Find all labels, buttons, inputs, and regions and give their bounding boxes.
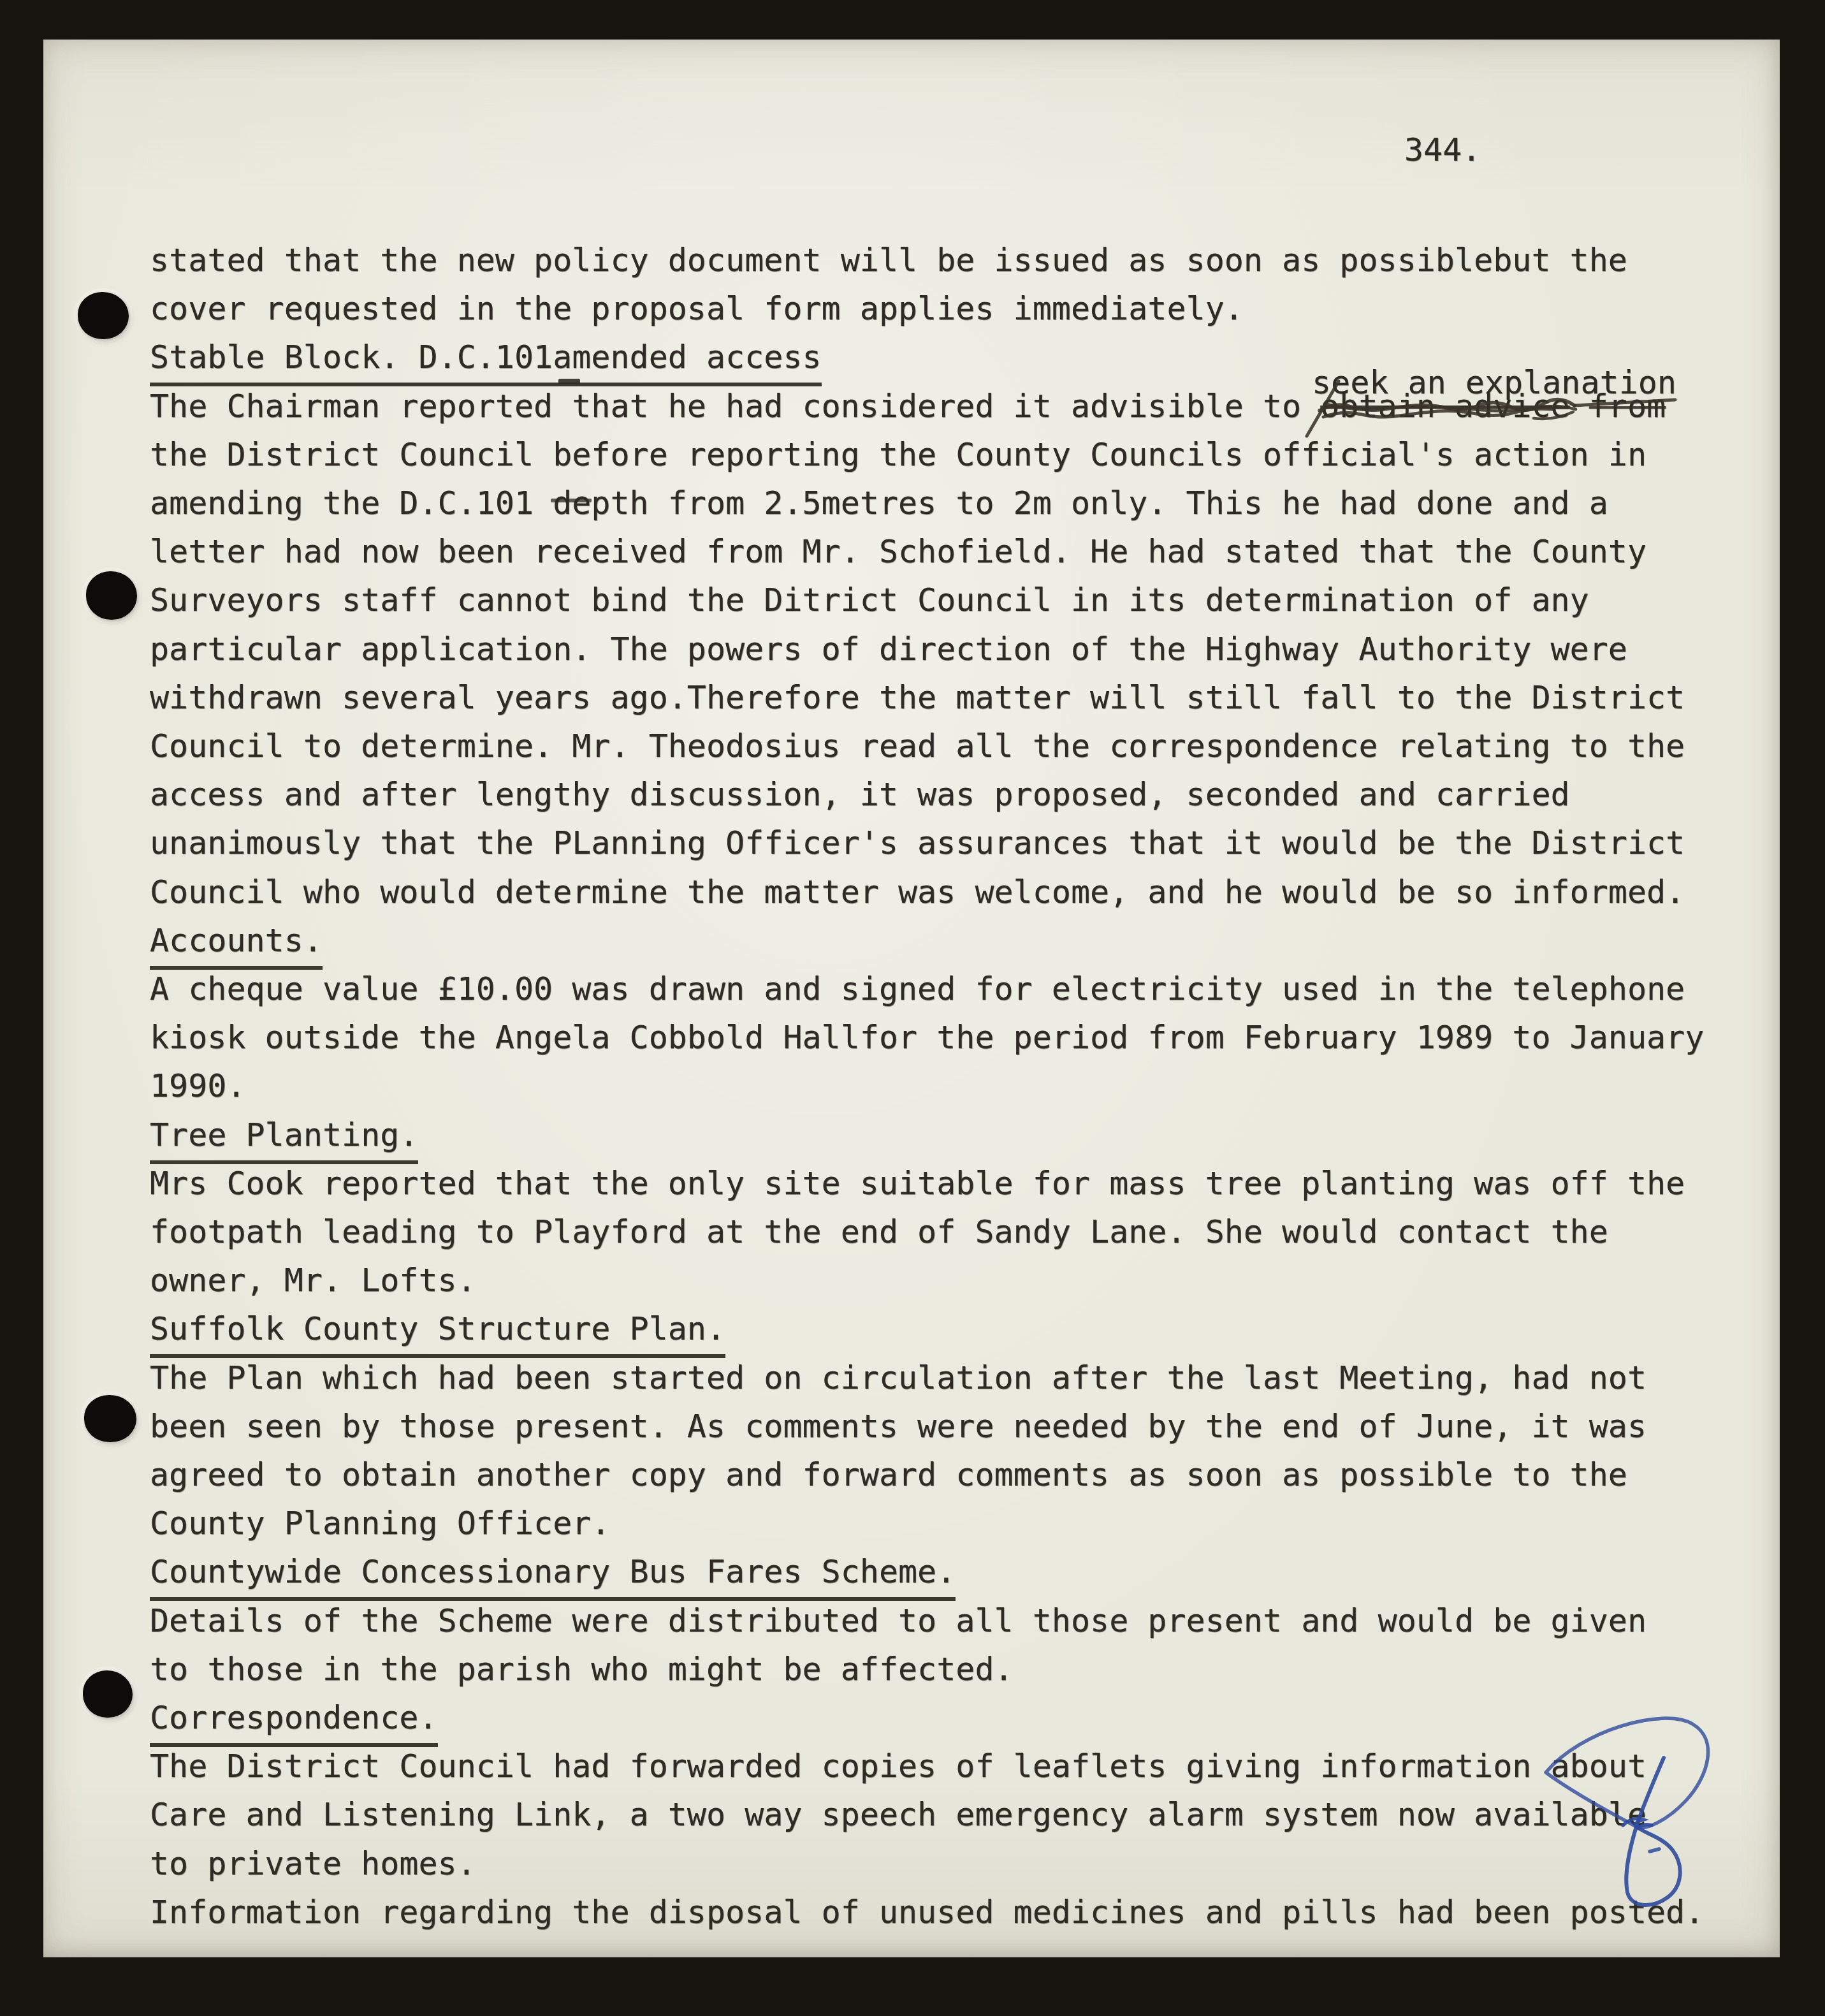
hole-punch bbox=[84, 1395, 136, 1442]
hole-punch bbox=[78, 292, 129, 339]
typed-line: withdrawn several years ago.Therefore th… bbox=[150, 673, 1685, 722]
section-heading: Accounts. bbox=[150, 916, 323, 970]
typed-line: Council who would determine the matter w… bbox=[150, 868, 1685, 916]
strikethrough-scribble bbox=[1294, 365, 1715, 454]
stray-dash-mark bbox=[558, 379, 580, 384]
typed-line: Mrs Cook reported that the only site sui… bbox=[150, 1159, 1685, 1208]
typed-line: owner, Mr. Lofts. bbox=[150, 1256, 476, 1304]
typed-line: A cheque value £10.00 was drawn and sign… bbox=[150, 965, 1685, 1013]
typed-line: kiosk outside the Angela Cobbold Hallfor… bbox=[150, 1013, 1704, 1062]
section-heading: Tree Planting. bbox=[150, 1111, 418, 1164]
typed-line: letter had now been received from Mr. Sc… bbox=[150, 527, 1647, 576]
section-heading: Stable Block. D.C.101amended access bbox=[150, 333, 822, 386]
scan-background: 344. stated that the new policy document… bbox=[0, 0, 1825, 2016]
typed-line: footpath leading to Playford at the end … bbox=[150, 1208, 1608, 1256]
typed-line: Council to determine. Mr. Theodosius rea… bbox=[150, 722, 1685, 770]
section-heading: Suffolk County Structure Plan. bbox=[150, 1304, 725, 1358]
typed-line: The District Council had forwarded copie… bbox=[150, 1742, 1647, 1790]
typed-line: Care and Listening Link, a two way speec… bbox=[150, 1790, 1647, 1839]
typed-line: access and after lengthy discussion, it … bbox=[150, 770, 1570, 819]
typed-line: agreed to obtain another copy and forwar… bbox=[150, 1450, 1627, 1499]
overstrike-mark bbox=[551, 499, 592, 502]
section-heading: Countywide Concessionary Bus Fares Schem… bbox=[150, 1547, 956, 1601]
typed-line: County Planning Officer. bbox=[150, 1499, 610, 1547]
hole-punch bbox=[83, 1670, 133, 1718]
typed-line: particular application. The powers of di… bbox=[150, 625, 1627, 673]
typed-line: to those in the parish who might be affe… bbox=[150, 1645, 1014, 1693]
typed-line: stated that the new policy document will… bbox=[150, 236, 1627, 284]
page-number: 344. bbox=[1404, 126, 1481, 174]
section-heading: Correspondence. bbox=[150, 1693, 438, 1747]
typed-line: The Plan which had been started on circu… bbox=[150, 1354, 1647, 1402]
typed-line: to private homes. bbox=[150, 1839, 476, 1888]
typed-line: 1990. bbox=[150, 1062, 246, 1110]
typed-line: Information regarding the disposal of un… bbox=[150, 1888, 1704, 1936]
typed-line: cover requested in the proposal form app… bbox=[150, 284, 1244, 333]
typed-line: been seen by those present. As comments … bbox=[150, 1402, 1647, 1450]
typed-line: Details of the Scheme were distributed t… bbox=[150, 1596, 1647, 1645]
typed-line: unanimously that the PLanning Officer's … bbox=[150, 819, 1685, 867]
hole-punch bbox=[86, 571, 137, 620]
pen-scribble-mark bbox=[1536, 1704, 1727, 1914]
typed-line: Surveyors staff cannot bind the Ditrict … bbox=[150, 576, 1589, 624]
typed-line: amending the D.C.101 depth from 2.5metre… bbox=[150, 479, 1608, 527]
